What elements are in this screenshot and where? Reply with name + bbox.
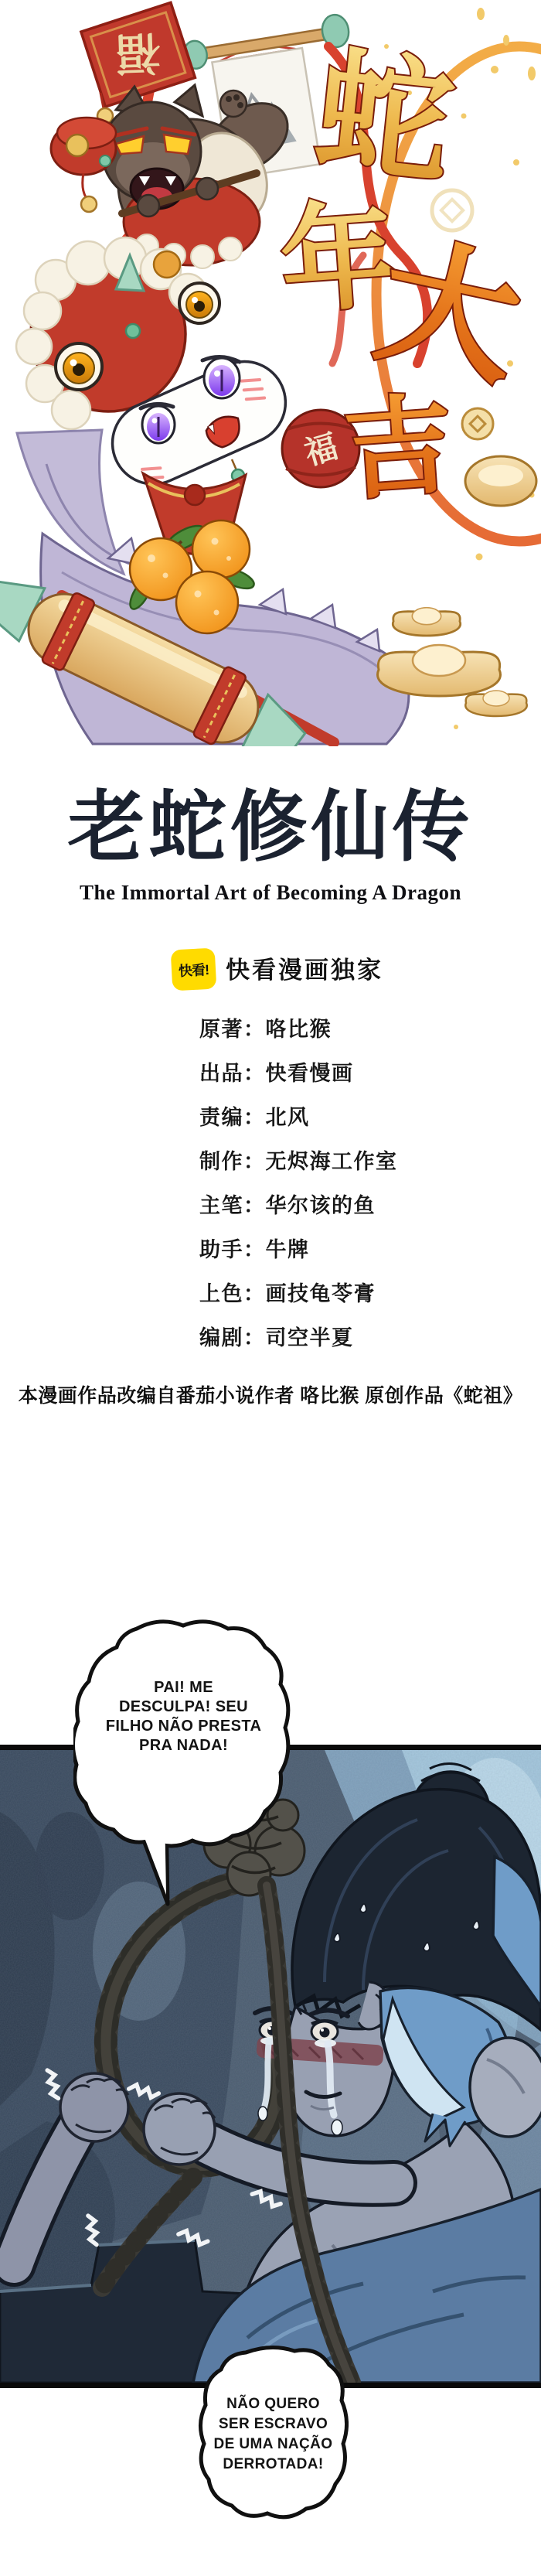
credit-row: 上色：画技龟苓膏 bbox=[199, 1270, 398, 1314]
hero-illustration: 福 bbox=[0, 0, 541, 746]
speech-bubble-text: PAI! ME DESCULPA! SEU FILHO NÃO PRESTA P… bbox=[73, 1678, 294, 1755]
hood-eye bbox=[179, 283, 219, 323]
credit-row: 编剧：司空半夏 bbox=[199, 1314, 398, 1358]
calligraphy-char-she: 蛇 bbox=[309, 37, 459, 200]
girl-eye bbox=[202, 357, 240, 398]
speech-bubble: NÃO QUERO SER ESCRAVO DE UMA NAÇÃO DERRO… bbox=[198, 2343, 349, 2525]
speech-bubble: PAI! ME DESCULPA! SEU FILHO NÃO PRESTA P… bbox=[73, 1616, 294, 1910]
comic-page: 福 bbox=[0, 0, 541, 2576]
credit-row: 出品：快看慢画 bbox=[199, 1049, 398, 1094]
hood-curl bbox=[154, 251, 180, 278]
fist bbox=[144, 2093, 215, 2165]
credit-row: 助手：牛牌 bbox=[199, 1226, 398, 1270]
series-title-chinese: 老蛇修仙传 bbox=[0, 784, 541, 872]
fist bbox=[60, 2073, 128, 2141]
speech-bubble-text: NÃO QUERO SER ESCRAVO DE UMA NAÇÃO DERRO… bbox=[198, 2394, 349, 2475]
credit-row: 原著：咯比猴 bbox=[199, 1005, 398, 1049]
bare-shoulder bbox=[470, 2038, 541, 2137]
orange-icon bbox=[192, 520, 250, 578]
coin-dangle-icon bbox=[81, 196, 97, 212]
credit-row: 主笔：华尔该的鱼 bbox=[199, 1182, 398, 1226]
hood-eye bbox=[56, 343, 102, 390]
kuaikan-logo-text: 快看! bbox=[178, 958, 209, 980]
series-title-english: The Immortal Art of Becoming A Dragon bbox=[0, 881, 541, 905]
speech-bubble-cloud bbox=[73, 1616, 294, 1910]
raccoon-hat bbox=[51, 118, 116, 212]
credit-row: 制作：无烬海工作室 bbox=[199, 1138, 398, 1182]
fu-character: 福 bbox=[114, 27, 161, 79]
exclusive-label: 快看漫画独家 bbox=[226, 950, 383, 985]
calligraphy-char-ji: 吉 bbox=[341, 386, 457, 513]
kuaikan-logo-badge: 快看! bbox=[171, 948, 217, 991]
orange-icon bbox=[176, 571, 238, 633]
adaptation-note: 本漫画作品改编自番茄小说作者 咯比猴 原创作品《蛇祖》 bbox=[0, 1380, 541, 1408]
credits-list: 原著：咯比猴 出品：快看慢画 责编：北风 制作：无烬海工作室 主笔：华尔该的鱼 … bbox=[199, 1005, 398, 1358]
gold-coin-icon bbox=[462, 408, 493, 439]
credit-row: 责编：北风 bbox=[199, 1094, 398, 1138]
